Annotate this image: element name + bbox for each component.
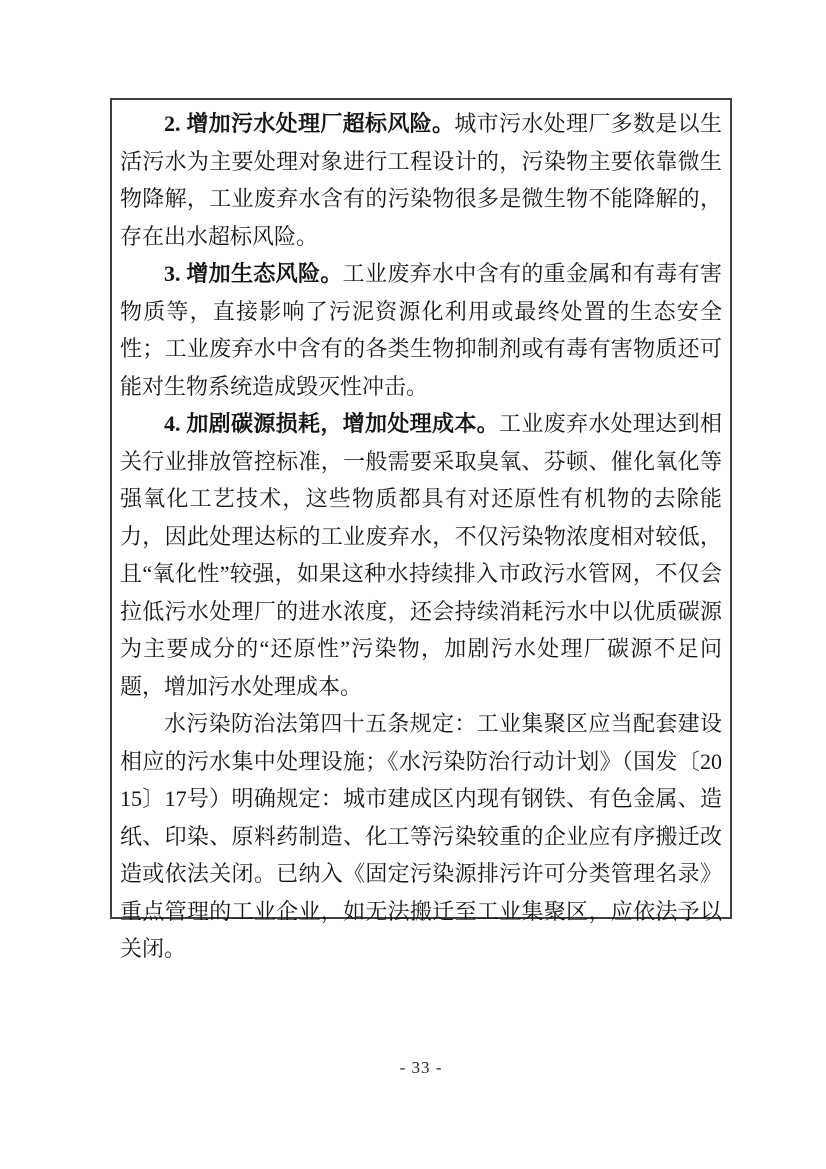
document-body: 2. 增加污水处理厂超标风险。城市污水处理厂多数是以生活污水为主要处理对象进行工…: [112, 100, 730, 917]
page-border: 2. 增加污水处理厂超标风险。城市污水处理厂多数是以生活污水为主要处理对象进行工…: [110, 98, 732, 919]
paragraph-text: 工业废弃水处理达到相关行业排放管控标准，一般需要采取臭氧、芬顿、催化氧化等强氧化…: [120, 411, 722, 699]
paragraph-4-carbon-source-cost: 4. 加剧碳源损耗，增加处理成本。工业废弃水处理达到相关行业排放管控标准，一般需…: [120, 405, 722, 705]
paragraph-text: 水污染防治法第四十五条规定：工业集聚区应当配套建设相应的污水集中处理设施；《水污…: [120, 711, 722, 961]
paragraph-lead: 2. 增加污水处理厂超标风险。: [164, 111, 454, 136]
paragraph-3-ecological-risk: 3. 增加生态风险。工业废弃水中含有的重金属和有毒有害物质等，直接影响了污泥资源…: [120, 255, 722, 405]
paragraph-lead: 4. 加剧碳源损耗，增加处理成本。: [164, 411, 499, 436]
page-number: - 33 -: [110, 1056, 732, 1080]
paragraph-2-sewage-plant-risk: 2. 增加污水处理厂超标风险。城市污水处理厂多数是以生活污水为主要处理对象进行工…: [120, 105, 722, 255]
paragraph-lead: 3. 增加生态风险。: [164, 261, 343, 286]
paragraph-5-law-provisions: 水污染防治法第四十五条规定：工业集聚区应当配套建设相应的污水集中处理设施；《水污…: [120, 705, 722, 968]
